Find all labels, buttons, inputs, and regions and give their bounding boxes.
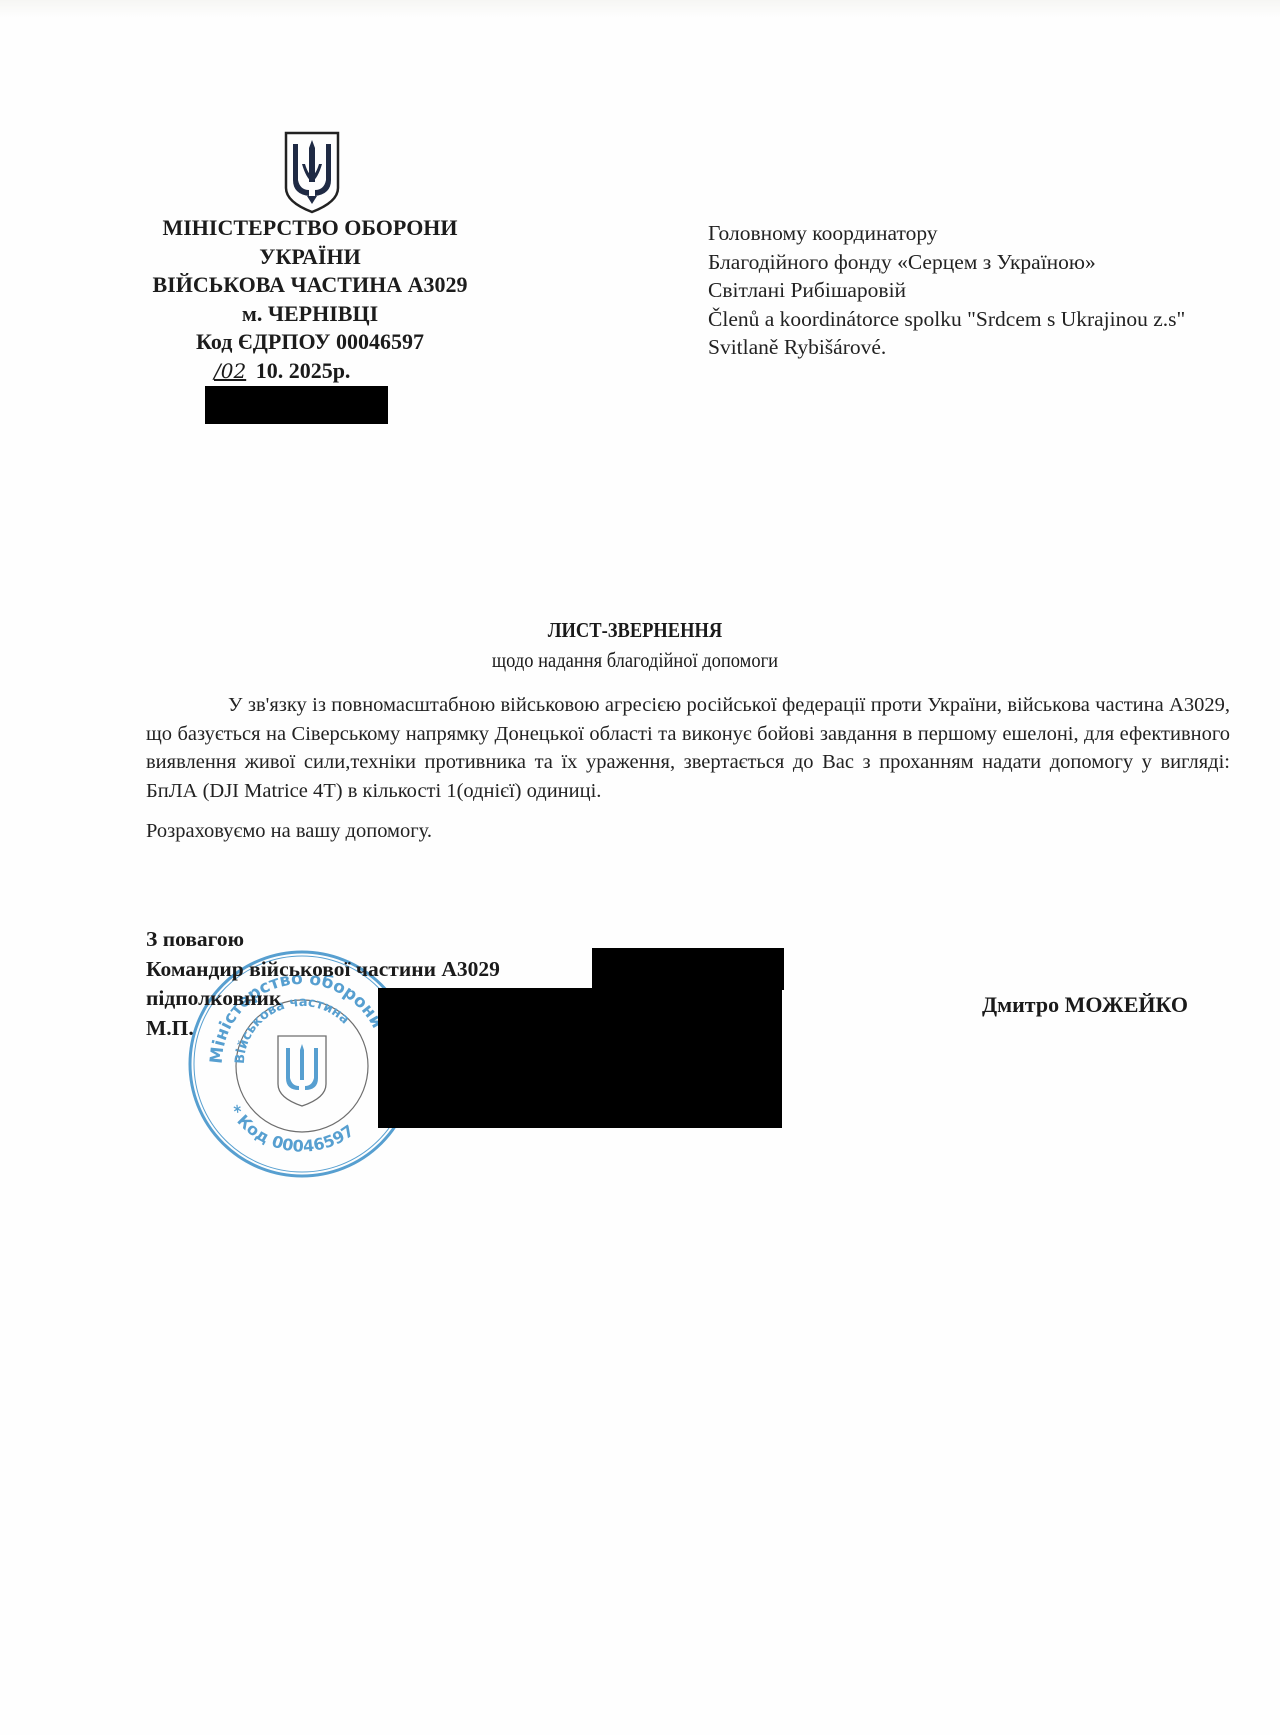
scan-edge [0,0,1280,18]
redaction-block-signature [378,988,782,1128]
handwritten-day: /02 [214,359,246,383]
closing-line: Розраховуємо на вашу допомогу. [146,820,432,843]
salutation: З повагою [146,925,500,955]
ministry-name-line1: МІНІСТЕРСТВО ОБОРОНИ [130,214,490,243]
addressee-line: Благодійного фонду «Серцем з Україною» [708,248,1185,277]
document-title: ЛИСТ-ЗВЕРНЕННЯ [0,618,1280,643]
military-unit: ВІЙСЬКОВА ЧАСТИНА А3029 [130,271,490,300]
document-date: /02 10. 2025р. [214,358,350,384]
body-paragraph: У зв'язку із повномасштабною військовою … [146,691,1230,805]
trident-coat-of-arms-icon [282,130,342,214]
redaction-block-signature-top [592,948,784,990]
redaction-block-reference [205,386,388,424]
ministry-name-line2: УКРАЇНИ [130,243,490,272]
addressee-line: Головному координатору [708,219,1185,248]
stamp-trident-icon [278,1036,326,1106]
stamp-code-text: * Код 00046597 [225,1102,358,1156]
date-text: 10. 2025р. [256,358,351,383]
document-subtitle: щодо надання благодійної допомоги [0,648,1280,673]
svg-text:* Код 00046597: * Код 00046597 [225,1102,358,1156]
signer-position: Командир військової частини А3029 [146,955,500,985]
sender-header: МІНІСТЕРСТВО ОБОРОНИ УКРАЇНИ ВІЙСЬКОВА Ч… [130,214,490,357]
addressee-line: Svitlaně Rybišárové. [708,333,1185,362]
addressee-line: Світлані Рибішаровій [708,276,1185,305]
addressee-block: Головному координатору Благодійного фонд… [708,219,1185,362]
addressee-line: Členů a koordinátorce spolku "Srdcem s U… [708,305,1185,334]
city: м. ЧЕРНІВЦІ [130,300,490,329]
signer-name: Дмитро МОЖЕЙКО [982,992,1188,1018]
edrpou-code: Код ЄДРПОУ 00046597 [130,328,490,357]
